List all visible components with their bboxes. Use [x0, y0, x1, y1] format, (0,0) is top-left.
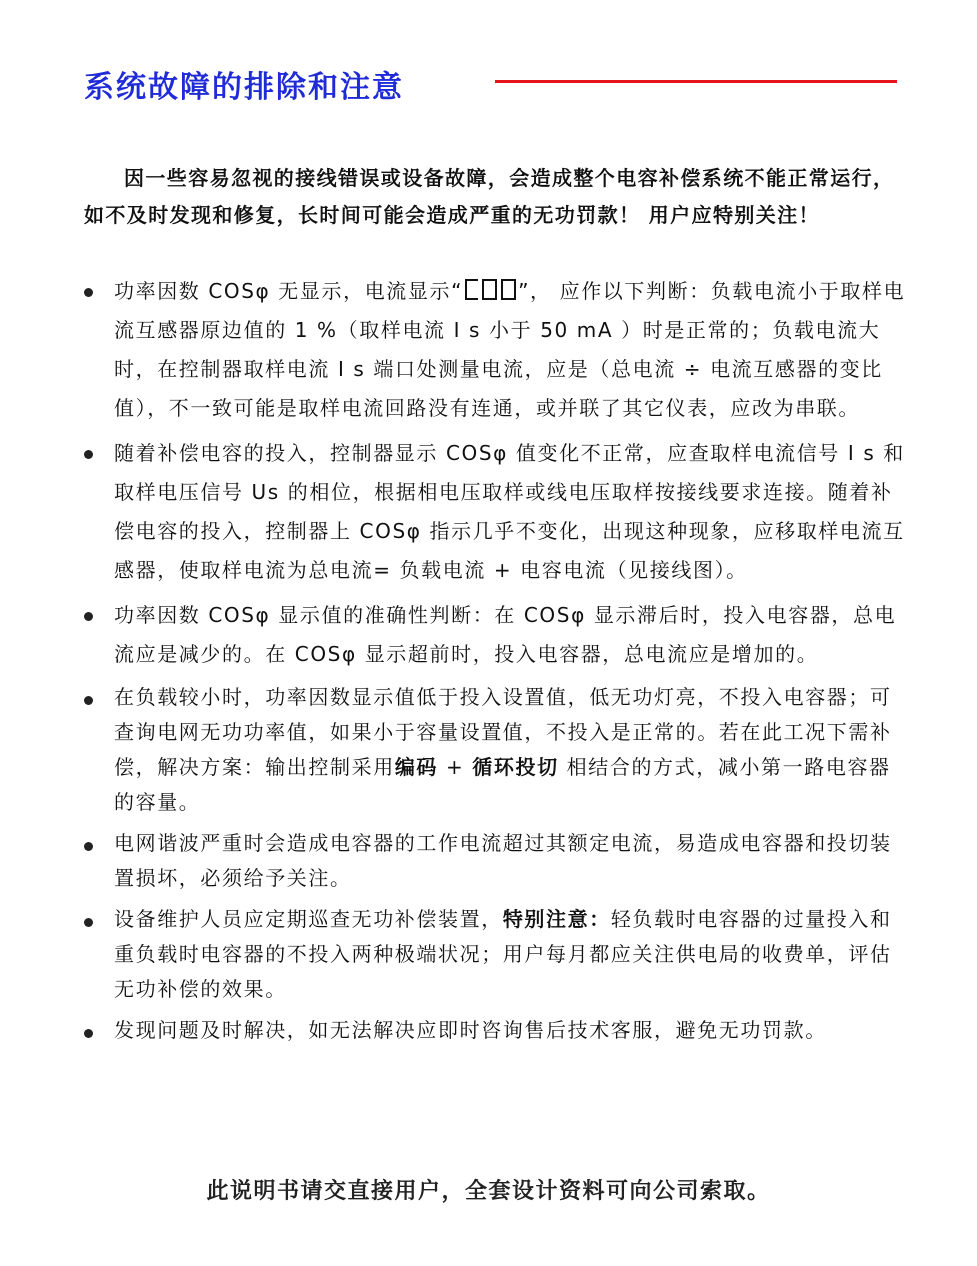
item-text: 随着补偿电容的投入，控制器显示 COSφ 值变化不正常，应查取样电流信号 I s… [114, 441, 905, 582]
list-item: 设备维护人员应定期巡查无功补偿装置，特别注意：轻负载时电容器的过量投入和重负载时… [84, 902, 910, 1007]
bullet-icon [84, 842, 93, 851]
list-item: 功率因数 COSφ 显示值的准确性判断：在 COSφ 显示滞后时，投入电容器，总… [84, 596, 910, 674]
troubleshooting-list: 功率因数 COSφ 无显示，电流显示“”， 应作以下判断：负载电流小于取样电流互… [84, 272, 910, 1054]
item-bold-attention: 特别注意： [503, 907, 611, 931]
list-item: 功率因数 COSφ 无显示，电流显示“”， 应作以下判断：负载电流小于取样电流互… [84, 272, 910, 428]
bullet-icon [84, 288, 93, 297]
item-text: 电网谐波严重时会造成电容器的工作电流超过其额定电流，易造成电容器和投切装置损坏，… [114, 831, 892, 890]
list-item: 随着补偿电容的投入，控制器显示 COSφ 值变化不正常，应查取样电流信号 I s… [84, 434, 910, 590]
bullet-icon [84, 612, 93, 621]
item-text-mid: + [438, 755, 472, 779]
bullet-icon [84, 450, 93, 459]
item-bold-cyclic: 循环投切 [472, 755, 558, 779]
item-text-pre: 设备维护人员应定期巡查无功补偿装置， [114, 907, 503, 931]
page-title: 系统故障的排除和注意 [84, 62, 404, 106]
list-item: 发现问题及时解决，如无法解决应即时咨询售后技术客服，避免无功罚款。 [84, 1013, 910, 1048]
title-divider [495, 80, 897, 83]
intro-paragraph: 因一些容易忽视的接线错误或设备故障，会造成整个电容补偿系统不能正常运行，如不及时… [84, 160, 904, 234]
bullet-icon [84, 696, 93, 705]
item-text: 功率因数 COSφ 显示值的准确性判断：在 COSφ 显示滞后时，投入电容器，总… [114, 603, 896, 666]
list-item: 电网谐波严重时会造成电容器的工作电流超过其额定电流，易造成电容器和投切装置损坏，… [84, 826, 910, 896]
item-bold-encoding: 编码 [395, 755, 438, 779]
list-item: 在负载较小时，功率因数显示值低于投入设置值，低无功灯亮，不投入电容器；可查询电网… [84, 680, 910, 820]
bullet-icon [84, 1029, 93, 1038]
intro-text: 因一些容易忽视的接线错误或设备故障，会造成整个电容补偿系统不能正常运行，如不及时… [84, 160, 904, 234]
footer-note: 此说明书请交直接用户，全套设计资料可向公司索取。 [0, 1174, 977, 1205]
bullet-icon [84, 918, 93, 927]
segment-display-c00-icon [463, 279, 518, 303]
item-text: 发现问题及时解决，如无法解决应即时咨询售后技术客服，避免无功罚款。 [114, 1018, 827, 1042]
item-text-pre: 功率因数 COSφ 无显示，电流显示“ [114, 279, 463, 303]
